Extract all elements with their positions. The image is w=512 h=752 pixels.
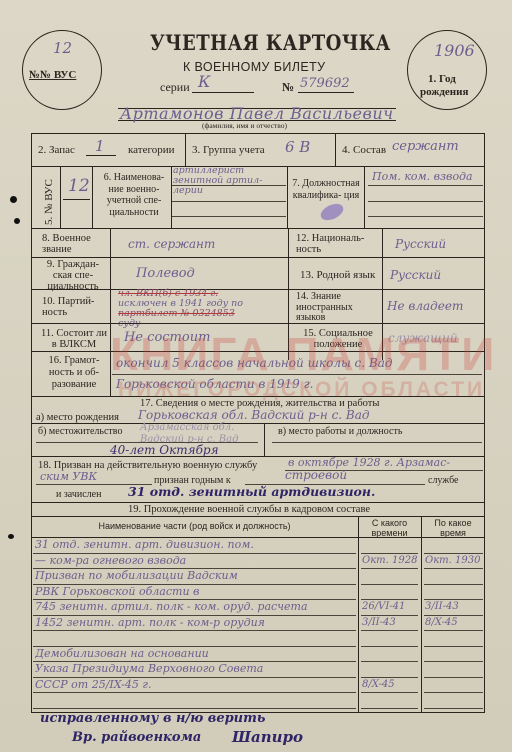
languages-value: Не владеет: [387, 299, 463, 313]
specialty-value: артиллерист зенитной артил- лерии: [173, 166, 285, 196]
section19-title: 19. Прохождение военной службы в кадрово…: [128, 504, 370, 515]
ruling: [424, 646, 483, 647]
qualification-label: 7. Должностная квалифика- ция: [290, 178, 362, 201]
card-title: УЧЕТНАЯ КАРТОЧКА: [150, 30, 391, 55]
ruling: [424, 568, 483, 569]
reserve-label: 2. Запас: [38, 145, 75, 156]
footer-note-line1: исправленному в н/ю верить: [40, 711, 265, 726]
staff-label: 4. Состав: [342, 145, 386, 156]
drafted-value-2: ским УВК: [40, 470, 97, 483]
group-label: 3. Группа учета: [192, 145, 265, 156]
civil-specialty-label: 9. Граждан- ская спе- циальность: [38, 259, 108, 292]
specialty-value-line1: артиллерист зенитной артил-: [173, 166, 285, 186]
specialty-label: 6. Наименова- ние военно- учетной спе- ц…: [98, 172, 170, 218]
nationality-label: 12. Националь- ность: [296, 233, 376, 255]
ruling: [361, 677, 418, 678]
komsomol-label: 11. Состоит ли в ВЛКСМ: [38, 328, 110, 350]
native-language-label: 13. Родной язык: [300, 270, 375, 281]
service-unit: 1452 зенитн. арт. полк - ком-р орудия: [35, 616, 265, 629]
service-unit: Демобилизован на основании: [35, 647, 209, 660]
fit-value: строевой: [285, 468, 347, 482]
ruling: [424, 692, 483, 693]
series-value: К: [198, 72, 210, 91]
staff-value: сержант: [392, 139, 459, 154]
reserve-value: 1: [95, 137, 105, 155]
ruling: [361, 584, 418, 585]
birth-year-label-2: рождения: [420, 86, 468, 98]
group-value: 6 В: [285, 138, 310, 156]
ruling: [361, 708, 418, 709]
service-unit: СССР от 25/IX-45 г.: [35, 678, 151, 691]
birth-year-circle: 1906 1. Год рождения: [407, 30, 487, 110]
divider: [335, 134, 336, 166]
ruling: [361, 630, 418, 631]
ruling: [368, 216, 483, 217]
service-from: 26/VI-41: [362, 601, 405, 612]
nationality-value: Русский: [395, 237, 446, 251]
ruling: [361, 661, 418, 662]
ink-blot: [10, 196, 17, 203]
ruling: [424, 708, 483, 709]
service-unit: 745 зенитн. артил. полк - ком. оруд. рас…: [35, 600, 308, 613]
column-header-to: По какое время: [421, 518, 485, 538]
row-divider: [31, 228, 485, 229]
vus-number: 12: [53, 39, 72, 57]
party-value-struck2: партбилет № 0324853: [118, 309, 288, 319]
footer-note-line2: Вр. райвоенкома: [72, 730, 201, 745]
ruling: [33, 708, 356, 709]
ruling: [361, 615, 418, 616]
birth-year-value: 1906: [434, 41, 475, 60]
enlisted-label: и зачислен: [56, 489, 101, 500]
ruling: [272, 442, 482, 443]
residence-value: 40-лет Октября: [110, 443, 219, 457]
civil-specialty-value: Полевод: [136, 266, 195, 281]
residence-label: б) местожительство: [38, 426, 122, 437]
number-label: №: [282, 80, 294, 95]
divider: [364, 166, 365, 228]
reserve-underline: [86, 155, 116, 156]
native-language-value: Русский: [390, 268, 441, 282]
ruling: [424, 584, 483, 585]
qualification-value: Пом. ком. взвода: [372, 170, 473, 183]
specialty-value-line2: лерии: [173, 186, 285, 196]
column-header-from: С какого времени: [358, 518, 421, 538]
fit-suffix: службе: [428, 475, 458, 486]
divider: [171, 166, 172, 228]
ruling: [424, 661, 483, 662]
ruling: [361, 646, 418, 647]
column-divider: [421, 516, 422, 713]
series-label: серии: [160, 80, 190, 95]
service-to: 8/X-45: [425, 617, 458, 628]
vus-field-value: 12: [68, 176, 90, 196]
service-unit: РВК Горьковской области в: [35, 585, 199, 598]
service-unit: Призван по мобилизации Вадским: [35, 569, 238, 582]
service-unit: 31 отд. зенитн. арт. дивизион. пом.: [35, 538, 254, 551]
service-from: Окт. 1928: [362, 555, 417, 566]
languages-label: 14. Знание иностранных языков: [296, 292, 382, 324]
vus-underline: [63, 199, 90, 200]
divider: [287, 166, 288, 228]
divider: [92, 166, 93, 228]
birthplace-value: Горьковская обл. Вадский р-н с. Вад: [138, 408, 370, 422]
divider: [264, 423, 265, 456]
ruling: [424, 599, 483, 600]
watermark: КНИГА ПАМЯТИ: [110, 327, 496, 381]
ruling: [361, 599, 418, 600]
series-underline: [192, 92, 254, 93]
ruling: [33, 692, 356, 693]
party-label: 10. Партий- ность: [42, 296, 106, 318]
column-header-unit: Наименование части (род войск и должност…: [31, 521, 358, 531]
column-divider: [358, 516, 359, 713]
rank-label: 8. Военное звание: [42, 233, 106, 255]
divider: [60, 166, 61, 228]
service-unit: — ком-ра огневого взвода: [35, 554, 186, 567]
birthplace-label: а) место рождения: [36, 412, 119, 423]
number-underline: [298, 92, 354, 93]
ruling: [172, 201, 286, 202]
row-divider: [31, 516, 485, 517]
enlisted-value: 31 отд. зенитный артдивизион.: [128, 484, 375, 499]
service-to: Окт. 1930: [425, 555, 480, 566]
ruling: [424, 677, 483, 678]
ruling: [172, 216, 286, 217]
ruling: [424, 630, 483, 631]
signature: Шапиро: [232, 728, 303, 746]
full-name-caption: (фамилия, имя и отчество): [202, 121, 287, 130]
row-divider: [31, 257, 485, 258]
ruling: [424, 553, 483, 554]
service-to: 3/II-43: [425, 601, 459, 612]
vus-circle: 12 №№ ВУС: [22, 30, 102, 110]
ruling: [33, 630, 356, 631]
service-from: 3/II-43: [362, 617, 396, 628]
ink-blot: [8, 534, 14, 539]
ink-blot: [14, 218, 20, 224]
ruling: [424, 615, 483, 616]
ruling: [368, 185, 483, 186]
vus-label: №№ ВУС: [29, 69, 76, 81]
service-unit: Указа Президиума Верховного Совета: [35, 662, 263, 675]
vus-label-text: №№ ВУС: [29, 69, 76, 81]
ruling: [361, 553, 418, 554]
ruling: [172, 185, 286, 186]
divider: [185, 134, 186, 166]
work-label: в) место работы и должность: [278, 426, 402, 437]
number-value: 579692: [300, 76, 350, 91]
birth-year-label-1: 1. Год: [428, 73, 456, 85]
registration-card: 12 №№ ВУС 1906 1. Год рождения УЧЕТНАЯ К…: [0, 0, 512, 752]
ruling: [361, 568, 418, 569]
service-from: 8/X-45: [362, 679, 395, 690]
row-divider: [31, 323, 485, 324]
ruling: [368, 201, 483, 202]
ruling: [361, 692, 418, 693]
education-label: 16. Грамот- ность и об- разование: [38, 355, 110, 391]
vus-field-label: 5. № ВУС: [44, 179, 55, 225]
reserve-suffix: категории: [128, 145, 174, 156]
rank-value: ст. сержант: [128, 237, 215, 251]
